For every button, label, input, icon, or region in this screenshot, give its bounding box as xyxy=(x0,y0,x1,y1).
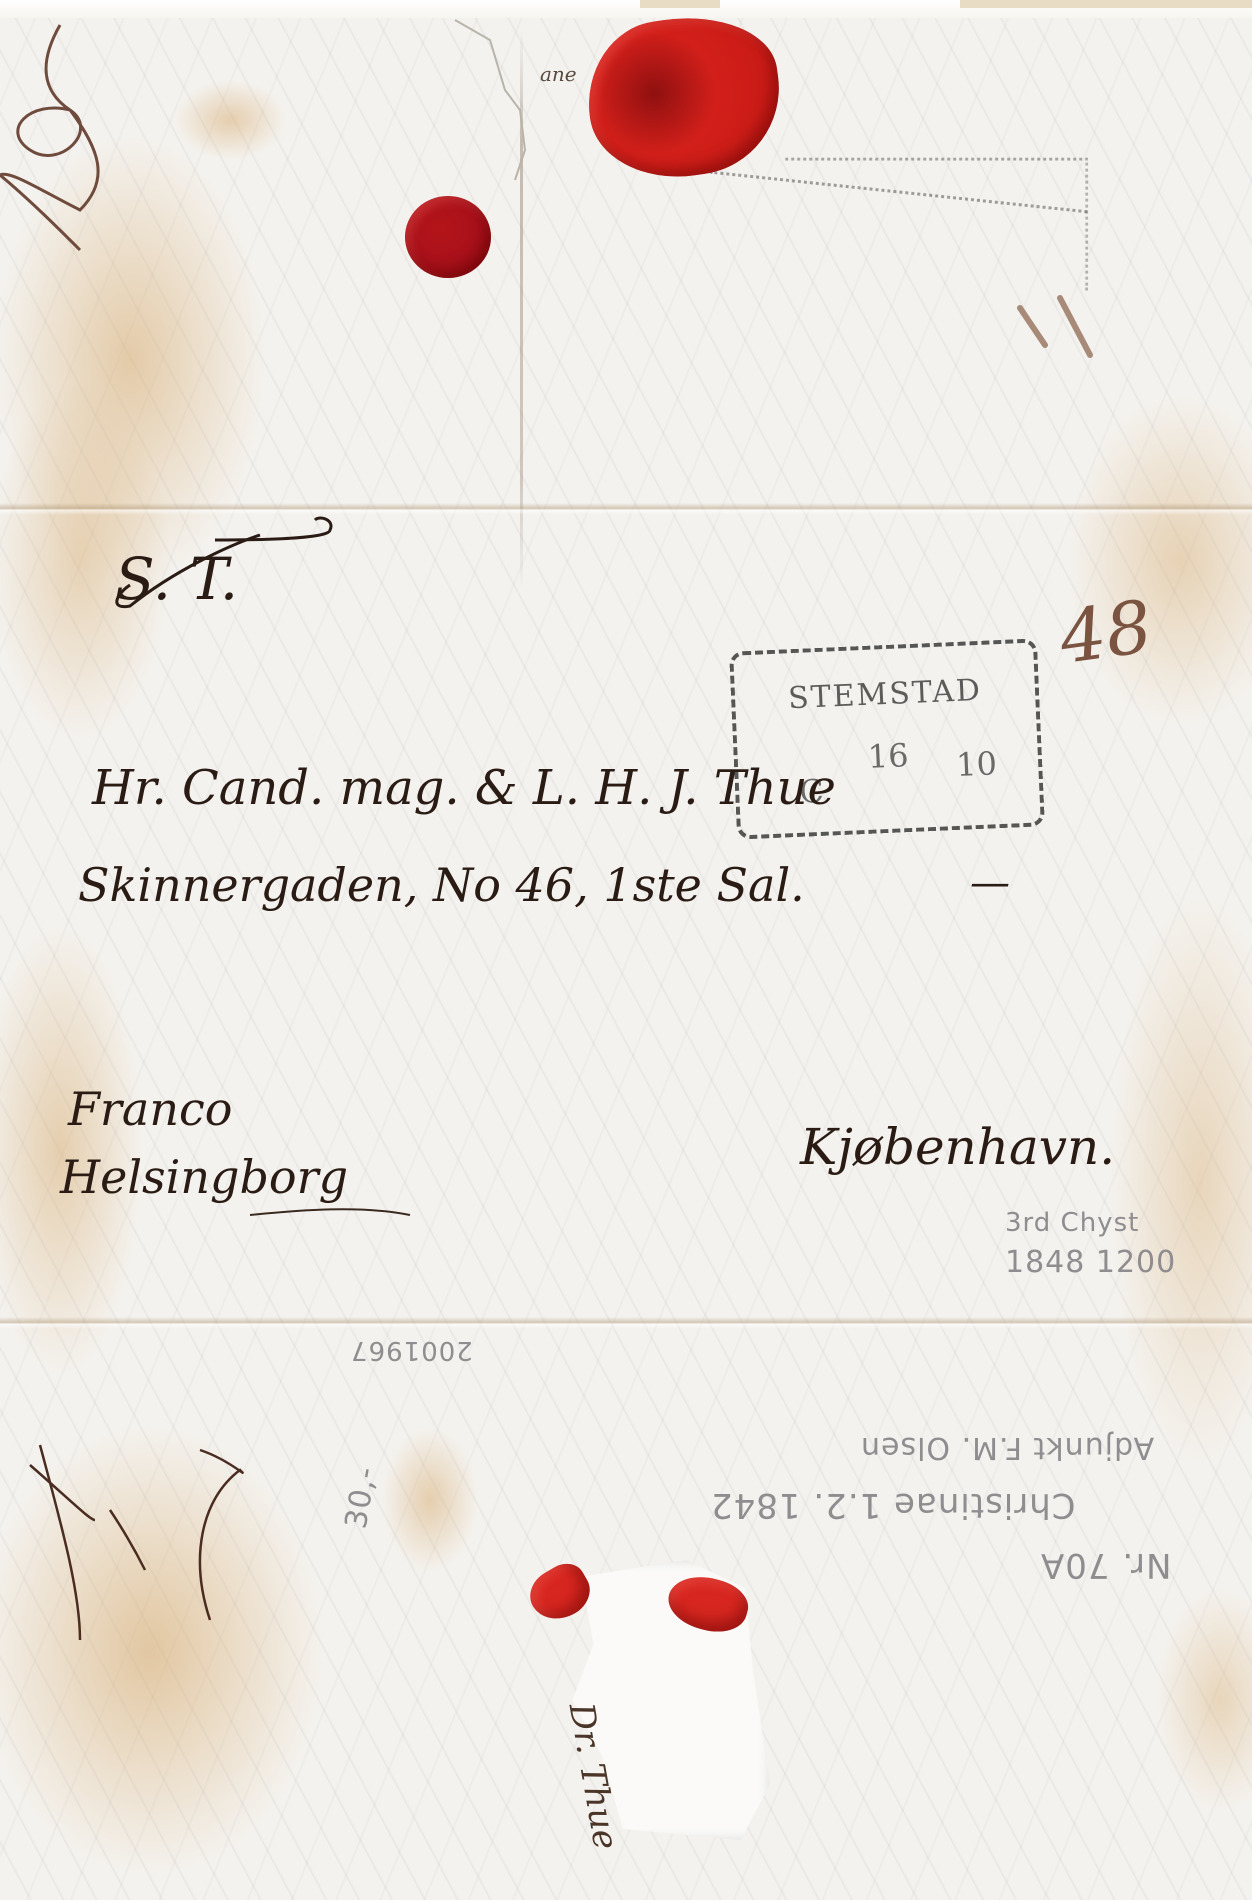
destination-city: Kjøbenhavn. xyxy=(800,1118,1115,1176)
wax-seal-round xyxy=(405,196,491,278)
paper-tear-edge xyxy=(455,20,525,180)
address-dash: — xyxy=(970,860,1010,906)
pencil-note-line: 3rd Chyst xyxy=(1005,1208,1139,1238)
address-line-2: Skinnergaden, No 46, 1ste Sal. xyxy=(78,858,805,912)
salutation-flourish xyxy=(215,518,331,540)
flourish-stroke xyxy=(30,1465,95,1520)
postmark-day: 16 xyxy=(867,736,909,776)
underline-flourish xyxy=(250,1209,410,1215)
manuscript-rate-48: 48 xyxy=(1055,584,1157,680)
back-flap-fragment-top: ane xyxy=(540,62,577,86)
corner-numeral-96-stroke xyxy=(0,25,98,250)
flourish-stroke xyxy=(110,1510,145,1570)
routing-helsingborg: Helsingborg xyxy=(60,1150,348,1204)
franco-endorsement: Franco xyxy=(68,1082,232,1136)
salutation-mark: S. T. xyxy=(115,545,238,613)
postmark-town: STEMSTAD xyxy=(746,671,1023,718)
catalog-note-line: Christinae 1.2. 1842 xyxy=(710,1485,1076,1525)
catalog-note-line: Adjunkt F.M. Olsen xyxy=(860,1430,1154,1465)
catalog-note-line: Nr. 70A xyxy=(1040,1545,1171,1585)
address-line-1: Hr. Cand. mag. & L. H. J. Thue xyxy=(92,760,836,816)
folded-letter-cover: ane S. T. 48 STEMSTAD C 16 10 Hr. Cand. … xyxy=(0,0,1252,1900)
flourish-stroke xyxy=(200,1450,243,1620)
inventory-number: 2001967 xyxy=(350,1335,473,1365)
flourish-stroke xyxy=(40,1445,80,1640)
postmark-month: 10 xyxy=(955,744,997,784)
pencil-note-line: 1848 1200 xyxy=(1005,1245,1176,1280)
